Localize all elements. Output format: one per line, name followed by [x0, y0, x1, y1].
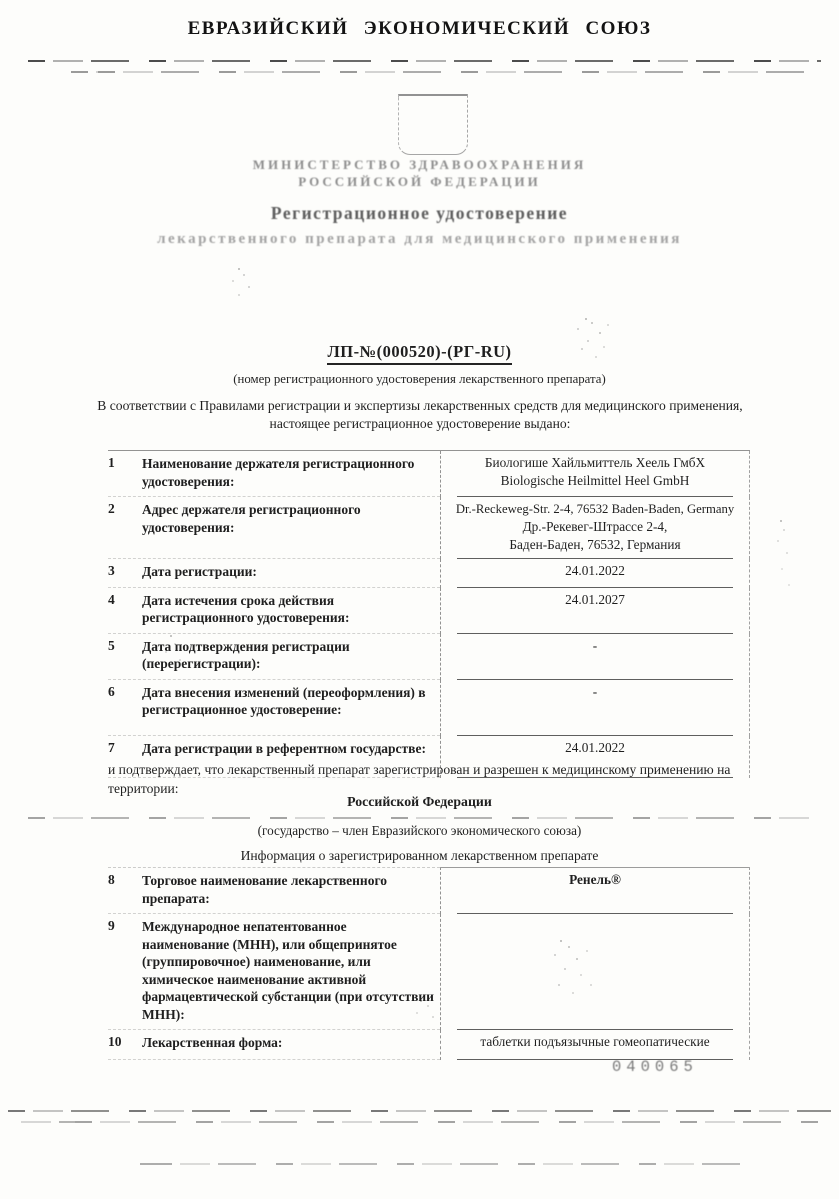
row-value: таблетки подъязычные гомеопатические [440, 1030, 750, 1060]
scan-speckle [170, 635, 172, 637]
scan-artifact-line [130, 1163, 750, 1165]
row-number: 1 [108, 451, 142, 496]
scan-speckle [780, 520, 782, 522]
table-row: 6 Дата внесения изменений (переоформлени… [108, 680, 750, 736]
row-label: Дата регистрации: [142, 559, 440, 587]
row-value: Биологише Хайльмиттель Хеель ГмбХ Biolog… [440, 451, 750, 497]
table-row: 1 Наименование держателя регистрационног… [108, 451, 750, 497]
info-section-heading: Информация о зарегистрированном лекарств… [0, 848, 839, 864]
scan-speckle [560, 940, 562, 942]
scan-artifact-line [20, 1121, 825, 1123]
territory-caption: (государство – член Евразийского экономи… [0, 823, 839, 839]
ministry-name: МИНИСТЕРСТВО ЗДРАВООХРАНЕНИЯ РОССИЙСКОЙ … [0, 156, 839, 190]
scanned-certificate-page: ЕВРАЗИЙСКИЙ ЭКОНОМИЧЕСКИЙ СОЮЗ МИНИСТЕРС… [0, 0, 839, 1199]
union-title: ЕВРАЗИЙСКИЙ ЭКОНОМИЧЕСКИЙ СОЮЗ [0, 18, 839, 40]
table-row: 9 Международное непатентованное наименов… [108, 914, 750, 1030]
row-label: Адрес держателя регистрационного удостов… [142, 497, 440, 558]
document-title: Регистрационное удостоверение лекарствен… [0, 203, 839, 248]
ministry-line1: МИНИСТЕРСТВО ЗДРАВООХРАНЕНИЯ [253, 157, 587, 172]
row-number: 5 [108, 634, 142, 679]
row-number: 9 [108, 914, 142, 1029]
row-value: Ренель® [440, 867, 750, 914]
row-number: 8 [108, 868, 142, 913]
row-label: Торговое наименование лекарственного пре… [142, 868, 440, 913]
scan-speckle [238, 268, 240, 270]
row-label: Дата истечения срока действия регистраци… [142, 588, 440, 633]
decorative-rule [28, 817, 817, 819]
territory-name: Российской Федерации [0, 794, 839, 810]
decorative-rule [28, 60, 821, 62]
decorative-rule [58, 71, 811, 73]
document-title-line2: лекарственного препарата для медицинског… [0, 231, 839, 248]
holder-and-dates-table: 1 Наименование держателя регистрационног… [108, 450, 750, 778]
row-number: 3 [108, 559, 142, 587]
row-label: Наименование держателя регистрационного … [142, 451, 440, 496]
confirmation-paragraph: и подтверждает, что лекарственный препар… [108, 760, 768, 798]
row-value: Dr.-Reckeweg-Str. 2-4, 76532 Baden-Baden… [440, 497, 750, 559]
ministry-line2: РОССИЙСКОЙ ФЕДЕРАЦИИ [298, 174, 541, 189]
row-value: 24.01.2027 [440, 588, 750, 634]
row-number: 2 [108, 497, 142, 558]
document-title-line1: Регистрационное удостоверение [0, 203, 839, 224]
table-row: 5 Дата подтверждения регистрации (перере… [108, 634, 750, 680]
table-row: 10 Лекарственная форма: таблетки подъязы… [108, 1030, 750, 1060]
table-row: 2 Адрес держателя регистрационного удост… [108, 497, 750, 559]
table-row: 4 Дата истечения срока действия регистра… [108, 588, 750, 634]
row-number: 4 [108, 588, 142, 633]
registration-number-caption: (номер регистрационного удостоверения ле… [0, 372, 839, 387]
product-info-table: 8 Торговое наименование лекарственного п… [108, 867, 750, 1060]
row-label: Дата подтверждения регистрации (перереги… [142, 634, 440, 679]
row-label: Международное непатентованное наименован… [142, 914, 440, 1029]
row-number: 6 [108, 680, 142, 735]
scan-speckle [585, 318, 587, 320]
scan-speckle [420, 1000, 422, 1002]
row-value [440, 914, 750, 1030]
table-row: 8 Торговое наименование лекарственного п… [108, 867, 750, 914]
row-number: 10 [108, 1030, 142, 1059]
ministry-emblem-placeholder [398, 94, 468, 155]
row-value: 24.01.2022 [440, 559, 750, 588]
row-label: Лекарственная форма: [142, 1030, 440, 1059]
intro-paragraph: В соответствии с Правилами регистрации и… [90, 397, 750, 433]
registration-number: ЛП-№(000520)-(РГ-RU) [0, 342, 839, 365]
table-row: 3 Дата регистрации: 24.01.2022 [108, 559, 750, 588]
row-label: Дата внесения изменений (переоформления)… [142, 680, 440, 735]
scan-artifact-line [8, 1110, 831, 1112]
row-value: - [440, 680, 750, 736]
serial-number: 040065 [612, 1058, 698, 1076]
row-value: - [440, 634, 750, 680]
